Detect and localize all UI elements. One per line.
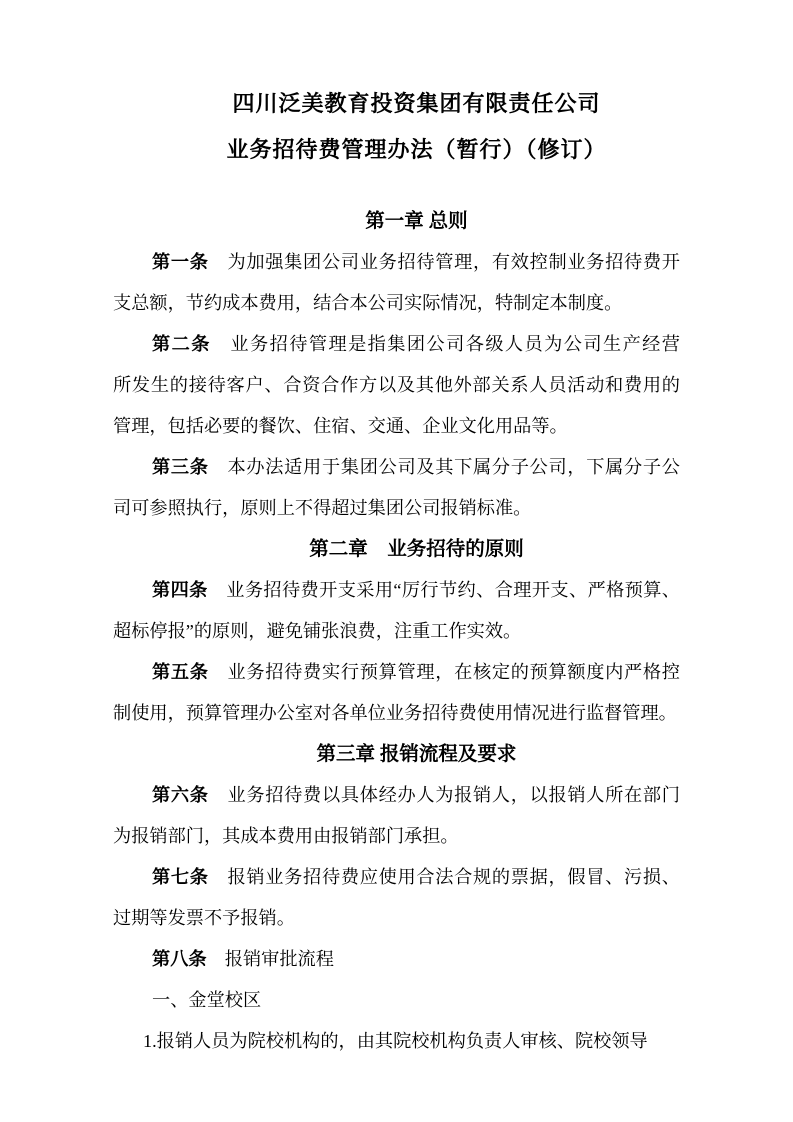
body-line: 1.报销人员为院校机构的，由其院校机构负责人审核、院校领导 [113, 1021, 680, 1062]
body-line: 所发生的接待客户、合资合作方以及其他外部关系人员活动和费用的 [113, 365, 680, 406]
article-number: 第四条 [152, 580, 208, 600]
document-title-line-2: 业务招待费管理办法（暂行）（修订） [113, 127, 680, 173]
body-line: 超标停报”的原则，避免铺张浪费，注重工作实效。 [113, 611, 680, 652]
body-line: 为报销部门，其成本费用由报销部门承担。 [113, 816, 680, 857]
article-first-line: 第二条 业务招待管理是指集团公司各级人员为公司生产经营 [113, 324, 680, 365]
article-number: 第八条 [152, 949, 207, 969]
body-line: 一、金堂校区 [113, 980, 680, 1021]
article-number: 第二条 [152, 334, 211, 354]
article-number: 第六条 [152, 785, 209, 805]
document-title-line-1: 四川泛美教育投资集团有限责任公司 [113, 81, 680, 127]
document-title-block: 四川泛美教育投资集团有限责任公司 业务招待费管理办法（暂行）（修订） [113, 81, 680, 173]
article-number: 第一条 [152, 252, 209, 272]
article-number: 第五条 [152, 662, 209, 682]
chapter-heading: 第三章 报销流程及要求 [113, 734, 680, 775]
article-first-line: 第四条 业务招待费开支采用“厉行节约、合理开支、严格预算、 [113, 570, 680, 611]
body-line: 司可参照执行，原则上不得超过集团公司报销标准。 [113, 488, 680, 529]
article-number: 第三条 [152, 457, 209, 477]
document-content: 四川泛美教育投资集团有限责任公司 业务招待费管理办法（暂行）（修订） 第一章 总… [113, 81, 680, 1062]
document-body: 第一章 总则第一条 为加强集团公司业务招待管理，有效控制业务招待费开支总额，节约… [113, 201, 680, 1062]
body-line: 管理，包括必要的餐饮、住宿、交通、企业文化用品等。 [113, 406, 680, 447]
chapter-heading: 第二章 业务招待的原则 [113, 529, 680, 570]
article-first-line: 第八条 报销审批流程 [113, 939, 680, 980]
article-first-line: 第七条 报销业务招待费应使用合法合规的票据，假冒、污损、 [113, 857, 680, 898]
body-line: 制使用，预算管理办公室对各单位业务招待费使用情况进行监督管理。 [113, 693, 680, 734]
article-first-line: 第三条 本办法适用于集团公司及其下属分子公司，下属分子公 [113, 447, 680, 488]
body-line: 支总额，节约成本费用，结合本公司实际情况，特制定本制度。 [113, 283, 680, 324]
article-first-line: 第五条 业务招待费实行预算管理，在核定的预算额度内严格控 [113, 652, 680, 693]
body-line: 过期等发票不予报销。 [113, 898, 680, 939]
chapter-heading: 第一章 总则 [113, 201, 680, 242]
document-page: 四川泛美教育投资集团有限责任公司 业务招待费管理办法（暂行）（修订） 第一章 总… [0, 0, 793, 1122]
article-number: 第七条 [152, 867, 209, 887]
article-first-line: 第六条 业务招待费以具体经办人为报销人，以报销人所在部门 [113, 775, 680, 816]
article-first-line: 第一条 为加强集团公司业务招待管理，有效控制业务招待费开 [113, 242, 680, 283]
